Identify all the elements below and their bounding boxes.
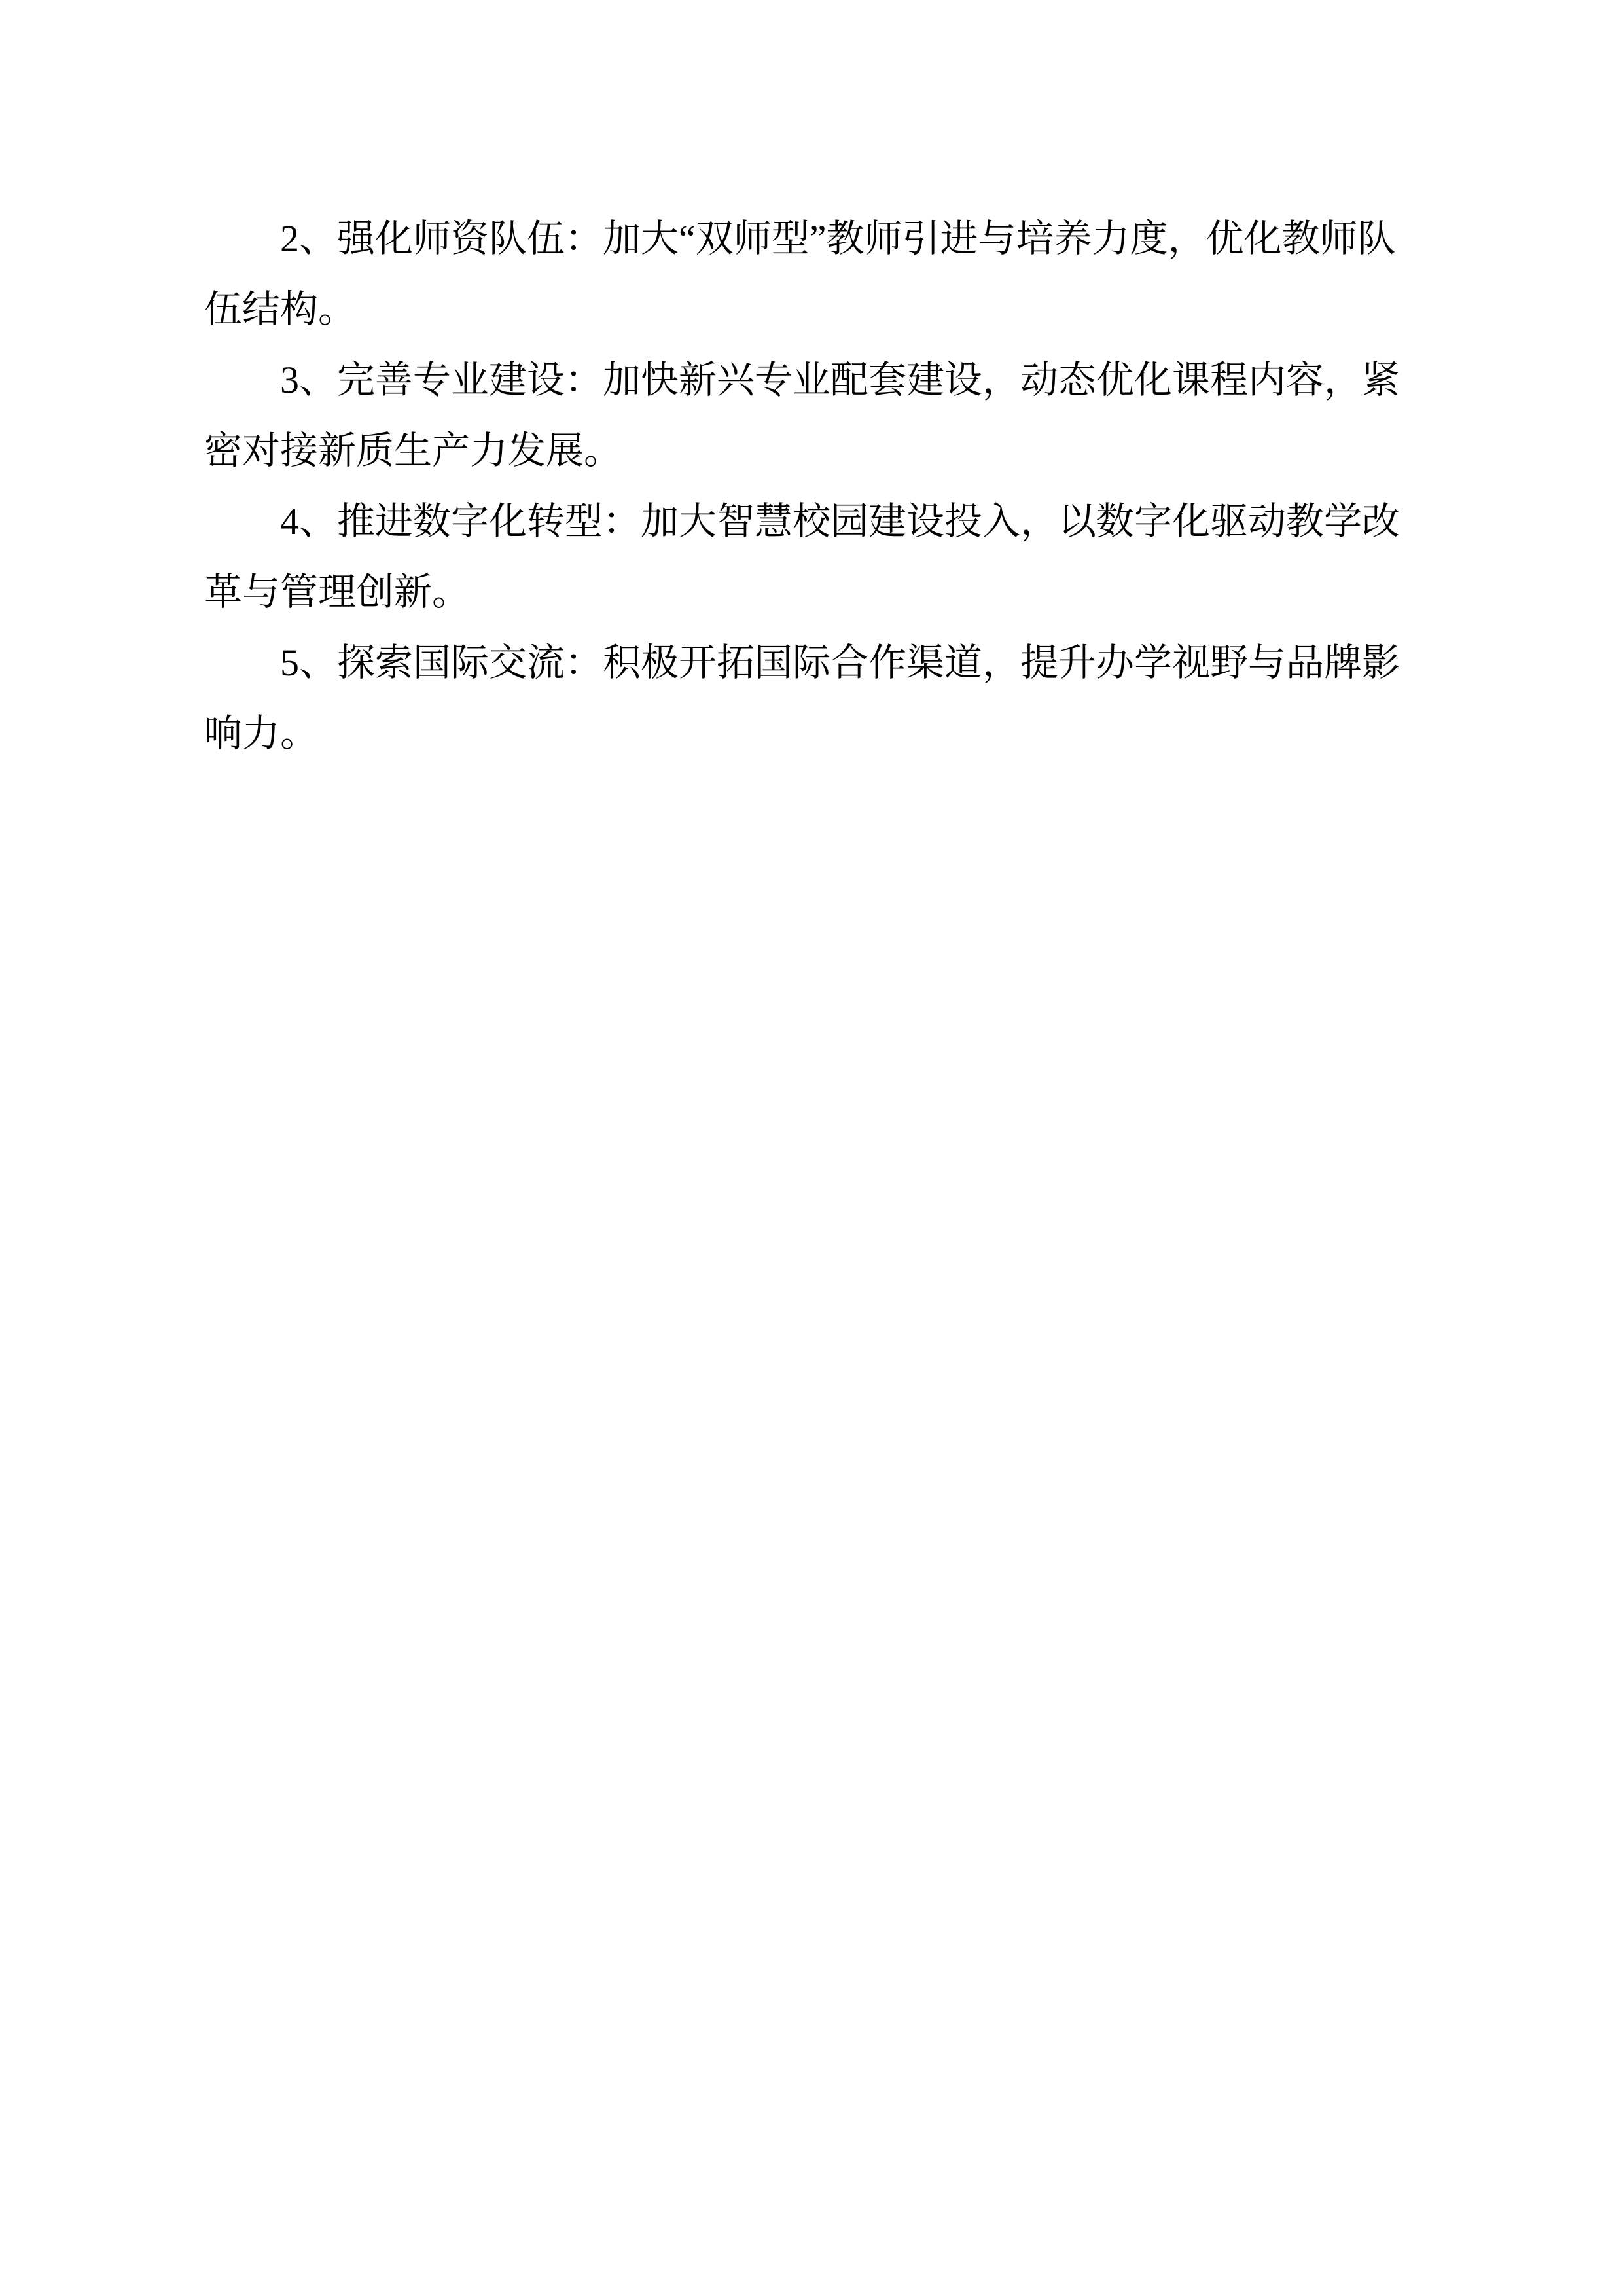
paragraph-item-3: 3、完善专业建设：加快新兴专业配套建设，动态优化课程内容，紧密对接新质生产力发展… — [204, 345, 1419, 486]
paragraph-item-5: 5、探索国际交流：积极开拓国际合作渠道，提升办学视野与品牌影响力。 — [204, 628, 1419, 769]
paragraph-item-2: 2、强化师资队伍：加大“双师型”教师引进与培养力度，优化教师队伍结构。 — [204, 204, 1419, 345]
document-page: 2、强化师资队伍：加大“双师型”教师引进与培养力度，优化教师队伍结构。 3、完善… — [0, 0, 1623, 2296]
paragraph-item-4: 4、推进数字化转型：加大智慧校园建设投入，以数字化驱动教学改革与管理创新。 — [204, 486, 1419, 628]
document-body: 2、强化师资队伍：加大“双师型”教师引进与培养力度，优化教师队伍结构。 3、完善… — [204, 204, 1419, 769]
